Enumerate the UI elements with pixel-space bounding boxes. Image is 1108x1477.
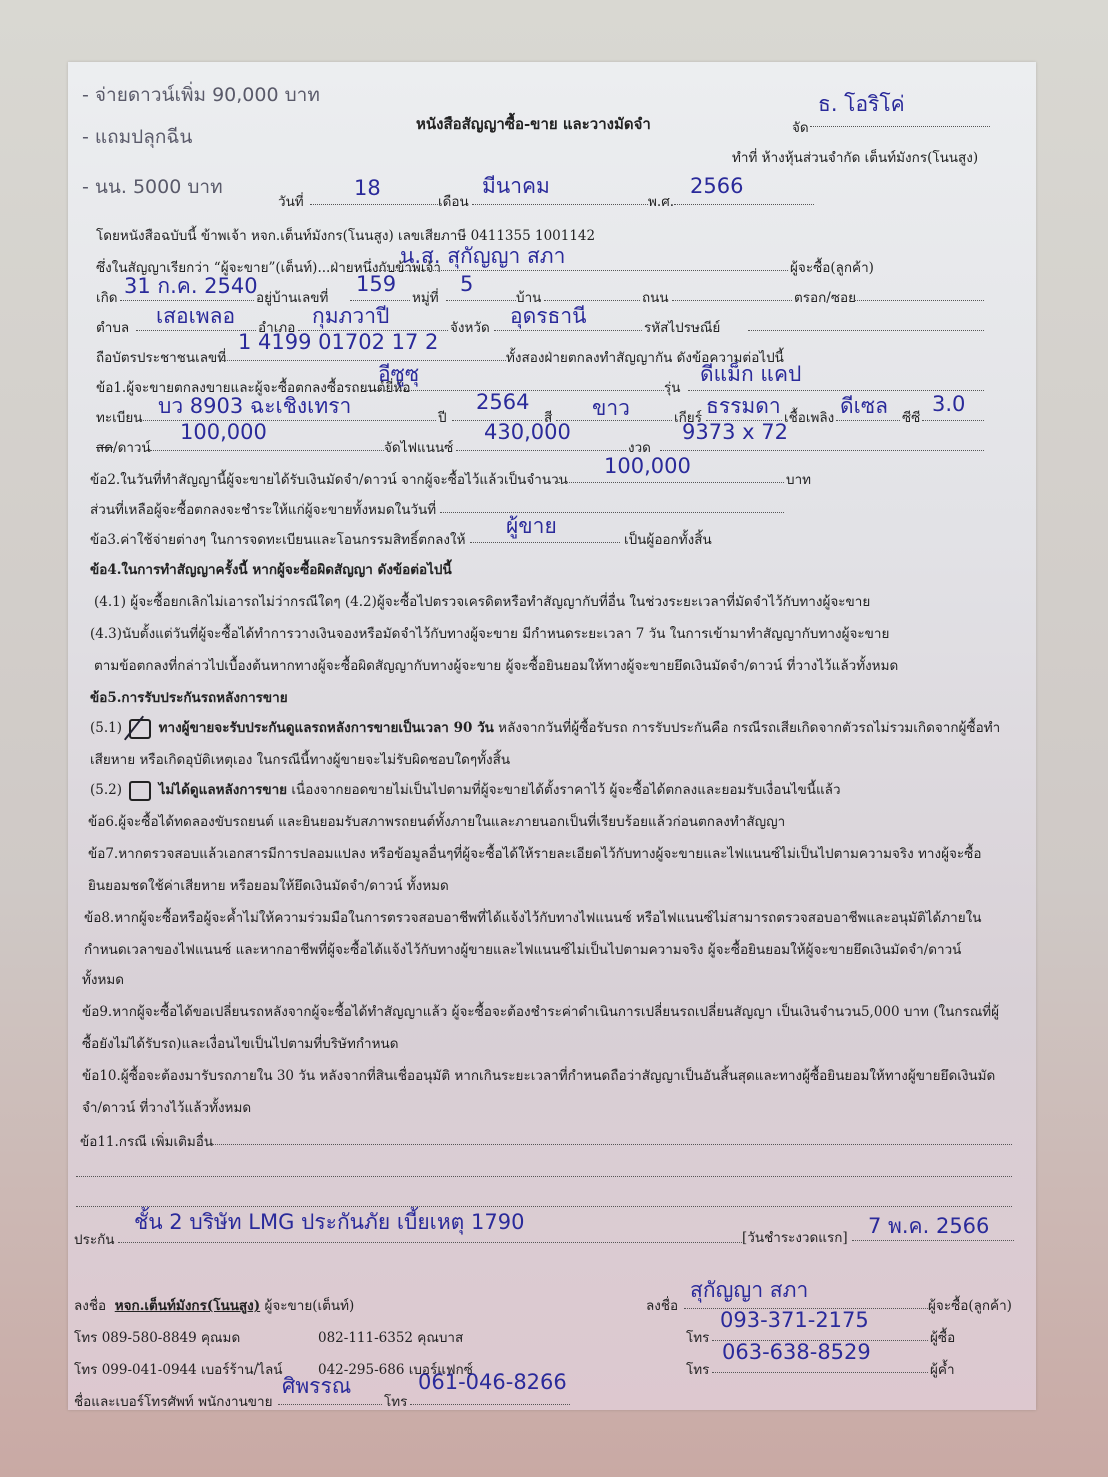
seller-phone-3: โทร 099-041-0944 เบอร์ร้าน/ไลน์ <box>74 1358 282 1380</box>
clause-10b: จำ/ดาวน์ ที่วางไว้แล้วทั้งหมด <box>82 1096 251 1118</box>
soi-label: ตรอก/ซอย <box>794 286 856 308</box>
year-value[interactable]: 2566 <box>690 174 743 198</box>
id-value[interactable]: 1 4199 01702 17 2 <box>238 330 438 354</box>
down-label: สด/ดาวน์ <box>96 436 151 458</box>
clause-2-unit: บาท <box>786 468 811 490</box>
road-label: ถนน <box>642 286 669 308</box>
down-payment[interactable]: 100,000 <box>180 420 267 444</box>
year-label-car: ปี <box>438 406 447 428</box>
buyer-phone[interactable]: 093-371-2175 <box>720 1308 869 1332</box>
model-label: รุ่น <box>664 376 680 398</box>
guarantor-phone[interactable]: 063-638-8529 <box>722 1340 871 1364</box>
month-label: เดือน <box>438 190 469 212</box>
guarantor-phone-label: โทร <box>686 1358 709 1380</box>
born-value[interactable]: 31 ก.ค. 2540 <box>124 270 258 303</box>
cc-label: ซีซี <box>902 406 920 428</box>
seller-name: หจก.เต็นท์มังกร(โนนสูง) <box>115 1298 260 1314</box>
page-title: หนังสือสัญญาซื้อ-ขาย และวางมัดจำ <box>416 112 651 136</box>
moo-value[interactable]: 5 <box>460 272 473 296</box>
seller-role: ผู้จะขาย(เต็นท์) <box>264 1298 354 1314</box>
salesperson-phone-label: โทร <box>384 1390 407 1412</box>
clause-9a: ข้อ9.หากผู้จะซื้อได้ขอเปลี่ยนรถหลังจากผู… <box>82 1000 999 1022</box>
insurance-label: ประกัน <box>74 1228 114 1250</box>
seller-sign-line: ลงชื่อ หจก.เต็นท์มังกร(โนนสูง) ผู้จะขาย(… <box>74 1294 354 1316</box>
clause-5-title: ข้อ5.การรับประกันรถหลังการขาย <box>90 686 288 708</box>
car-registration[interactable]: บว 8903 ฉะเชิงเทรา <box>158 390 351 423</box>
seller-sign-label: ลงชื่อ <box>74 1298 106 1314</box>
born-label: เกิด <box>96 286 118 308</box>
seller-phone-2: 082-111-6352 คุณบาส <box>318 1326 463 1348</box>
insurance-value[interactable]: ชั้น 2 บริษัท LMG ประกันภัย เบี้ยเหตุ 17… <box>134 1206 524 1239</box>
clause-5-1-bold: ทางผู้ขายจะรับประกันดูแลรถหลังการขายเป็น… <box>159 720 494 736</box>
clause-6: ข้อ6.ผู้จะซื้อได้ทดลองขับรถยนต์ และยินยอ… <box>88 810 785 832</box>
province-value[interactable]: อุดรธานี <box>510 300 587 333</box>
buyer-phone-role: ผู้ซื้อ <box>930 1326 955 1348</box>
buyer-signature[interactable]: สุกัญญา สภา <box>690 1274 808 1307</box>
salesperson-phone[interactable]: 061-046-8266 <box>418 1370 567 1394</box>
id-label: ถือบัตรประชาชนเลขที่ <box>96 346 226 368</box>
subdistrict-label: ตำบล <box>96 316 129 338</box>
clause-8c: ทั้งหมด <box>82 968 124 990</box>
arranger-label: จัด <box>792 116 809 138</box>
clause-9b: ซื้อยังไม่ได้รับรถ)และเงื่อนไขเป็นไปตามท… <box>82 1032 399 1054</box>
clause-7a: ข้อ7.หากตรวจสอบแล้วเอกสารมีการปลอมแปลง ห… <box>88 842 981 864</box>
buyer-phone-label: โทร <box>686 1326 709 1348</box>
fuel-label: เชื้อเพลิง <box>784 406 834 428</box>
note-extra-down: - จ่ายดาวน์เพิ่ม 90,000 บาท <box>82 80 320 110</box>
arranger-value[interactable]: ธ. โอริโค่ <box>818 88 905 121</box>
clause-8b: กำหนดเวลาของไฟแนนซ์ และหากอาชีพที่ผู้จะซ… <box>84 938 961 960</box>
first-payment-value[interactable]: 7 พ.ค. 2566 <box>868 1210 989 1243</box>
down-label-text: /ดาวน์ <box>113 440 151 456</box>
house-no-value[interactable]: 159 <box>356 272 396 296</box>
buyer-sign-label: ลงชื่อ <box>646 1294 678 1316</box>
note-freebie: - แถมปลุกฉีน <box>82 122 192 152</box>
clause-5-2-rest: เนื่องจากยอดขายไม่เป็นไปตามที่ผู้จะขายได… <box>287 782 840 798</box>
clause-3-value[interactable]: ผู้ขาย <box>506 510 557 543</box>
clause-3b: เป็นผู้ออกทั้งสิ้น <box>624 528 712 550</box>
car-brand[interactable]: อีซูซุ <box>378 358 419 391</box>
clause-4-3: (4.3)นับตั้งแต่วันที่ผู้จะซื้อได้ทำการวา… <box>90 622 889 644</box>
month-value[interactable]: มีนาคม <box>482 170 550 203</box>
reg-label: ทะเบียน <box>96 406 142 428</box>
finance-label: จัดไฟแนนซ์ <box>384 436 453 458</box>
clause-11: ข้อ11.กรณี เพิ่มเติมอื่น <box>80 1130 213 1152</box>
subdistrict-value[interactable]: เสอเพลอ <box>156 300 235 333</box>
clause-5-2-prefix: (5.2) <box>90 782 122 798</box>
district-value[interactable]: กุมภวาปี <box>312 300 389 333</box>
postcode-label: รหัสไปรษณีย์ <box>644 316 720 338</box>
cash-label-struck: สด <box>96 440 113 456</box>
clause-3a: ข้อ3.ค่าใช้จ่ายต่างๆ ในการจดทะเบียนและโอ… <box>90 528 466 550</box>
clause-4-title: ข้อ4.ในการทำสัญญาครั้งนี้ หากผู้จะซื้อผิ… <box>90 558 452 580</box>
province-label: จังหวัด <box>450 316 490 338</box>
car-color[interactable]: ขาว <box>592 392 630 425</box>
note-weight: - นน. 5000 บาท <box>82 172 223 202</box>
clause-2-amount[interactable]: 100,000 <box>604 454 691 478</box>
guarantor-role: ผู้ค้ำ <box>930 1358 955 1380</box>
clause-5-1-rest: หลังจากวันที่ผู้ซื้อรับรถ การรับประกันคื… <box>494 720 1000 736</box>
car-model[interactable]: ดีแม็ก แคป <box>700 358 801 391</box>
date-label: วันที่ <box>278 190 304 212</box>
clause-8a: ข้อ8.หากผู้จะซื้อหรือผู้จะค้ำไม่ให้ความร… <box>84 906 981 928</box>
buyer-suffix: ผู้จะซื้อ(ลูกค้า) <box>790 256 874 278</box>
clause-10a: ข้อ10.ผู้ซื้อจะต้องมารับรถภายใน 30 วัน ห… <box>82 1064 995 1086</box>
finance-amount[interactable]: 430,000 <box>484 420 571 444</box>
clause-5-2-bold: ไม่ได้ดูแลหลังการขาย <box>159 782 287 798</box>
first-payment-label: [วันชำระงวดแรก] <box>742 1226 848 1248</box>
car-fuel[interactable]: ดีเซล <box>840 390 888 423</box>
seller-phone-1: โทร 089-580-8849 คุณมด <box>74 1326 240 1348</box>
installment-value[interactable]: 9373 x 72 <box>682 420 788 444</box>
clause-2a: ข้อ2.ในวันที่ทำสัญญานี้ผู้จะขายได้รับเงิ… <box>90 468 568 490</box>
made-at: ทำที่ ห้างหุ้นส่วนจำกัด เต็นท์มังกร(โนนส… <box>732 146 978 168</box>
clause-5-1-prefix: (5.1) <box>90 720 122 736</box>
clause-4-1: (4.1) ผู้จะซื้อยกเลิกไม่เอารถไม่ว่ากรณีใ… <box>94 590 870 612</box>
clause-5-1-cont: เสียหาย หรือเกิดอุบัติเหตุเอง ในกรณีนี้ท… <box>90 748 510 770</box>
clause-5-2: (5.2) ไม่ได้ดูแลหลังการขาย เนื่องจากยอดข… <box>90 778 841 801</box>
date-value[interactable]: 18 <box>354 176 381 200</box>
clause-2b: ส่วนที่เหลือผู้จะซื้อตกลงจะชำระให้แก่ผู้… <box>90 498 436 520</box>
buyer-name[interactable]: น.ส. สุกัญญา สภา <box>400 240 565 273</box>
moo-label: หมู่ที่ <box>412 286 439 308</box>
car-gear[interactable]: ธรรมดา <box>706 390 781 423</box>
car-year[interactable]: 2564 <box>476 390 529 414</box>
clause-7b: ยินยอมชดใช้ค่าเสียหาย หรือยอมให้ยึดเงินม… <box>88 874 449 896</box>
clause-5-1: (5.1) ทางผู้ขายจะรับประกันดูแลรถหลังการข… <box>90 716 1000 739</box>
salesperson-label: ชื่อและเบอร์โทรศัพท์ พนักงานขาย <box>74 1390 273 1412</box>
car-cc[interactable]: 3.0 <box>932 392 965 416</box>
clause-4-4: ตามข้อตกลงที่กล่าวไปเบื้องต้นหากทางผู้จะ… <box>94 654 898 676</box>
year-label: พ.ศ. <box>648 190 674 212</box>
warranty-90-checkbox[interactable] <box>129 719 151 739</box>
salesperson-name[interactable]: ศิพรรณ <box>282 1370 351 1403</box>
no-warranty-checkbox[interactable] <box>129 781 151 801</box>
buyer-role: ผู้จะซื้อ(ลูกค้า) <box>928 1294 1012 1316</box>
